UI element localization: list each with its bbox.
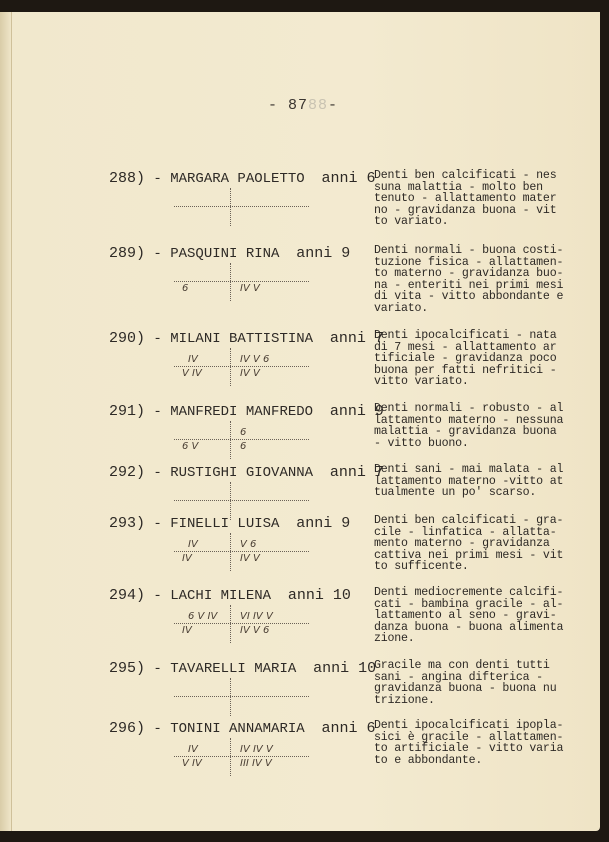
page-number-bleed: 88 — [308, 97, 328, 114]
patient-age: anni 10 — [288, 587, 351, 604]
lower-right-teeth: IV V — [240, 368, 260, 379]
lower-left-teeth: 6 V — [182, 441, 198, 452]
entry-description: Denti normali - buona costi- tuzione fis… — [374, 245, 599, 314]
book-gutter — [0, 12, 12, 831]
dental-chart-horizontal-axis — [174, 696, 309, 697]
dental-chart: 6 IV V — [174, 263, 309, 301]
dental-chart-horizontal-axis — [174, 206, 309, 207]
patient-age: anni 9 — [296, 245, 350, 262]
lower-left-teeth: 6 — [182, 283, 188, 294]
page-number-suffix: - — [328, 97, 338, 114]
lower-left-teeth: IV — [182, 553, 192, 564]
dental-chart-horizontal-axis — [174, 366, 309, 367]
upper-left-teeth: IV — [188, 539, 198, 550]
dental-chart — [174, 678, 309, 716]
lower-left-teeth: IV — [182, 625, 192, 636]
dental-chart-vertical-axis — [230, 678, 231, 716]
entry-number: 291) — [109, 403, 145, 420]
dental-chart — [174, 188, 309, 226]
entry-heading: 293) - FINELLI LUISA anni 9 — [109, 515, 350, 532]
patient-name: - LACHI MILENA — [153, 588, 271, 604]
lower-right-teeth: 6 — [240, 441, 246, 452]
lower-right-teeth: IV V — [240, 283, 260, 294]
dental-chart-horizontal-axis — [174, 756, 309, 757]
dental-chart: IV V 6 IV IV V — [174, 533, 309, 571]
patient-name: - PASQUINI RINA — [153, 246, 279, 262]
entry-description: Denti ben calcificati - gra- cile - linf… — [374, 515, 599, 573]
entry-description: Gracile ma con denti tutti sani - angina… — [374, 660, 599, 706]
entry-description: Denti normali - robusto - al lattamento … — [374, 403, 599, 449]
dental-chart-horizontal-axis — [174, 439, 309, 440]
patient-age: anni 6 — [321, 720, 375, 737]
entry-heading: 290) - MILANI BATTISTINA anni 7 — [109, 330, 384, 347]
entry-description: Denti ben calcificati - nes suna malatti… — [374, 170, 599, 228]
patient-name: - FINELLI LUISA — [153, 516, 279, 532]
entry-number: 288) — [109, 170, 145, 187]
entry-number: 290) — [109, 330, 145, 347]
entry-number: 294) — [109, 587, 145, 604]
dental-chart: IV IV IV V V IV III IV V — [174, 738, 309, 776]
patient-name: - MARGARA PAOLETTO — [153, 171, 304, 187]
dental-chart-vertical-axis — [230, 605, 231, 643]
patient-age: anni 6 — [321, 170, 375, 187]
entry-number: 292) — [109, 464, 145, 481]
lower-right-teeth: III IV V — [240, 758, 272, 769]
dental-chart-horizontal-axis — [174, 281, 309, 282]
dental-chart-vertical-axis — [230, 421, 231, 459]
upper-right-teeth: IV IV V — [240, 744, 273, 755]
upper-right-teeth: VI IV V — [240, 611, 273, 622]
patient-name: - TAVARELLI MARIA — [153, 661, 296, 677]
entry-heading: 291) - MANFREDI MANFREDO anni 9 — [109, 403, 384, 420]
entry-number: 293) — [109, 515, 145, 532]
entry-number: 289) — [109, 245, 145, 262]
upper-right-teeth: V 6 — [240, 539, 256, 550]
upper-left-teeth: IV — [188, 354, 198, 365]
upper-left-teeth: 6 V IV — [188, 611, 217, 622]
entry-number: 296) — [109, 720, 145, 737]
entry-description: Denti mediocremente calcifi- cati - bamb… — [374, 587, 599, 645]
entry-description: Denti ipocalcificati - nata di 7 mesi - … — [374, 330, 599, 388]
patient-age: anni 10 — [313, 660, 376, 677]
patient-name: - TONINI ANNAMARIA — [153, 721, 304, 737]
patient-name: - MILANI BATTISTINA — [153, 331, 313, 347]
dental-chart-vertical-axis — [230, 348, 231, 386]
lower-right-teeth: IV V 6 — [240, 625, 269, 636]
dental-chart-vertical-axis — [230, 533, 231, 571]
patient-age: anni 9 — [296, 515, 350, 532]
lower-left-teeth: V IV — [182, 758, 202, 769]
entry-heading: 294) - LACHI MILENA anni 10 — [109, 587, 351, 604]
lower-left-teeth: V IV — [182, 368, 202, 379]
dental-chart-vertical-axis — [230, 188, 231, 226]
patient-name: - RUSTIGHI GIOVANNA — [153, 465, 313, 481]
upper-right-teeth: IV V 6 — [240, 354, 269, 365]
entry-heading: 296) - TONINI ANNAMARIA anni 6 — [109, 720, 375, 737]
dental-chart: 6 6 V 6 — [174, 421, 309, 459]
page-number-value: - 87 — [268, 97, 308, 114]
entry-heading: 295) - TAVARELLI MARIA anni 10 — [109, 660, 376, 677]
upper-right-teeth: 6 — [240, 427, 246, 438]
upper-left-teeth: IV — [188, 744, 198, 755]
dental-chart-vertical-axis — [230, 263, 231, 301]
dental-chart-vertical-axis — [230, 738, 231, 776]
entry-description: Denti ipocalcificati ipopla- sici è grac… — [374, 720, 599, 766]
patient-name: - MANFREDI MANFREDO — [153, 404, 313, 420]
dental-chart: IV IV V 6 V IV IV V — [174, 348, 309, 386]
entry-description: Denti sani - mai malata - al lattamento … — [374, 464, 599, 499]
lower-right-teeth: IV V — [240, 553, 260, 564]
entry-number: 295) — [109, 660, 145, 677]
entry-heading: 288) - MARGARA PAOLETTO anni 6 — [109, 170, 375, 187]
page-number: - 8788- — [268, 97, 338, 114]
entry-heading: 289) - PASQUINI RINA anni 9 — [109, 245, 350, 262]
entry-heading: 292) - RUSTIGHI GIOVANNA anni 7 — [109, 464, 384, 481]
dental-chart-horizontal-axis — [174, 551, 309, 552]
dental-chart: 6 V IV VI IV V IV IV V 6 — [174, 605, 309, 643]
dental-chart-horizontal-axis — [174, 500, 309, 501]
dental-chart-horizontal-axis — [174, 623, 309, 624]
